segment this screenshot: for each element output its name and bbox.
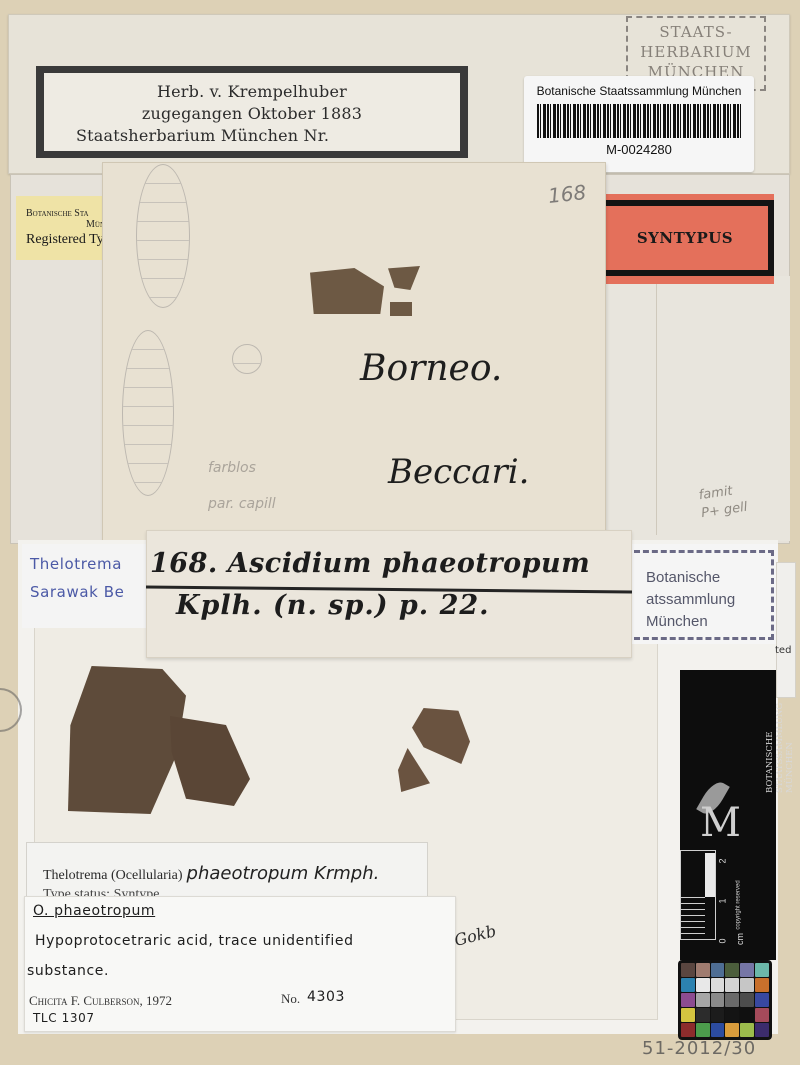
catalog-number: M-0024280 [524, 142, 754, 157]
stamp-line: Botanische [646, 567, 771, 589]
spore-sketch-icon [136, 164, 190, 308]
genus-text: Thelotrema (Ocellularia) [43, 868, 183, 883]
type-status-label: SYNTYPUS [602, 194, 774, 284]
color-swatch [681, 1023, 695, 1037]
type-status-text: SYNTYPUS [637, 229, 733, 247]
color-swatch [711, 993, 725, 1007]
taxon-text: O. phaeotropum [33, 903, 155, 919]
pencil-note-line: farblos [208, 450, 276, 486]
institution-line: BOTANISCHE [765, 673, 775, 793]
color-swatch [755, 1008, 769, 1022]
annotation-label: Thelotrema (Ocellularia) phaeotropum Krm… [26, 842, 428, 904]
original-label-line-2: Kplh. (n. sp.) p. 22. [176, 590, 490, 621]
color-swatch [711, 963, 725, 977]
barcode-institution: Botanische Staatssammlung München [524, 84, 754, 98]
scale-bar-institution: BOTANISCHE STAATSSAMMLUNG MÜNCHEN [765, 673, 795, 793]
color-swatch [755, 978, 769, 992]
pencil-notes: farblos par. capill [208, 450, 276, 522]
chemistry-line-2: substance. [27, 963, 109, 979]
number-prefix: No. [281, 991, 300, 1007]
color-swatch [755, 1023, 769, 1037]
registered-type-label: Botanische Sta Münch Registered Ty [16, 196, 116, 260]
stamp-line: München [646, 611, 771, 633]
barcode-icon [537, 104, 741, 138]
acquisition-line-1: Herb. v. Krempelhuber [44, 81, 460, 103]
divider [656, 280, 657, 535]
color-swatch [681, 963, 695, 977]
barcode-label: Botanische Staatssammlung München M-0024… [524, 76, 754, 172]
color-swatch [696, 978, 710, 992]
cm-ruler [680, 850, 716, 940]
tlc-number: TLC 1307 [33, 1011, 95, 1025]
ruler-tick-label: 0 [718, 938, 728, 943]
color-swatch [740, 993, 754, 1007]
color-swatch [725, 1008, 739, 1022]
pencil-note-line: par. capill [208, 486, 276, 522]
color-swatch [740, 1023, 754, 1037]
institution-line: MÜNCHEN [785, 673, 795, 793]
color-swatch [740, 963, 754, 977]
color-swatch [711, 978, 725, 992]
ruler-tick-label: 2 [718, 858, 728, 863]
ruler-unit: cm [735, 933, 745, 945]
color-swatch [740, 978, 754, 992]
pencil-note: famit P+ gell [698, 481, 749, 523]
chemistry-label: O. phaeotropum Hypoprotocetraric acid, t… [24, 896, 456, 1032]
color-swatch [755, 993, 769, 1007]
color-swatch [681, 993, 695, 1007]
color-swatch [696, 993, 710, 1007]
color-swatch [725, 978, 739, 992]
label-number: 4303 [307, 989, 345, 1005]
color-swatch [696, 963, 710, 977]
color-swatch [681, 1008, 695, 1022]
capsule-number: 168 [547, 180, 587, 208]
apothecium-sketch-icon [232, 344, 262, 374]
scale-bar: BOTANISCHE STAATSSAMMLUNG MÜNCHEN M 2 1 … [680, 670, 776, 960]
acquisition-line-3: Staatsherbarium München Nr. [44, 125, 460, 147]
collector-text: Beccari. [388, 452, 529, 492]
folder-flap [600, 276, 790, 541]
color-swatch [755, 963, 769, 977]
color-swatch [740, 1008, 754, 1022]
analyst-text: Chicita F. Culberson, 1972 [29, 993, 172, 1009]
color-swatch [725, 993, 739, 1007]
chemistry-line-1: Hypoprotocetraric acid, trace unidentifi… [35, 933, 354, 949]
accession-number: 51-2012/30 [642, 1038, 756, 1059]
color-swatch [696, 1008, 710, 1022]
acquisition-line-2: zugegangen Oktober 1883 [44, 103, 460, 125]
color-swatch [725, 1023, 739, 1037]
institution-line: STAATSSAMMLUNG [775, 673, 785, 793]
spore-sketch-icon [122, 330, 174, 496]
ruler-tick-label: 1 [718, 898, 728, 903]
stamp-line: atssammlung [646, 589, 771, 611]
acquisition-label: Herb. v. Krempelhuber zugegangen Oktober… [36, 66, 468, 158]
determination-line: Sarawak Be [30, 578, 150, 606]
stamp-line: HERBARIUM [628, 42, 764, 62]
locality-text: Borneo. [360, 348, 502, 389]
color-swatch [711, 1023, 725, 1037]
epithet-text: phaeotropum Krmph. [187, 863, 380, 884]
stamp-line: STAATS- [628, 22, 764, 42]
copyright-text: copyright reserved [736, 880, 742, 929]
original-label-line-1: 168. Ascidium phaeotropum [150, 548, 590, 579]
determination-line: Thelotrema [30, 550, 150, 578]
color-swatch [711, 1008, 725, 1022]
color-swatch [725, 963, 739, 977]
lichen-fragment [390, 302, 412, 316]
determination-slip: Thelotrema Sarawak Be [22, 544, 150, 628]
side-slip-text: ted [775, 645, 791, 656]
color-calibration-chart [678, 960, 772, 1040]
institution-stamp: Botanische atssammlung München [630, 544, 778, 644]
color-swatch [696, 1023, 710, 1037]
institution-logo: M [700, 800, 741, 846]
color-swatch [681, 978, 695, 992]
